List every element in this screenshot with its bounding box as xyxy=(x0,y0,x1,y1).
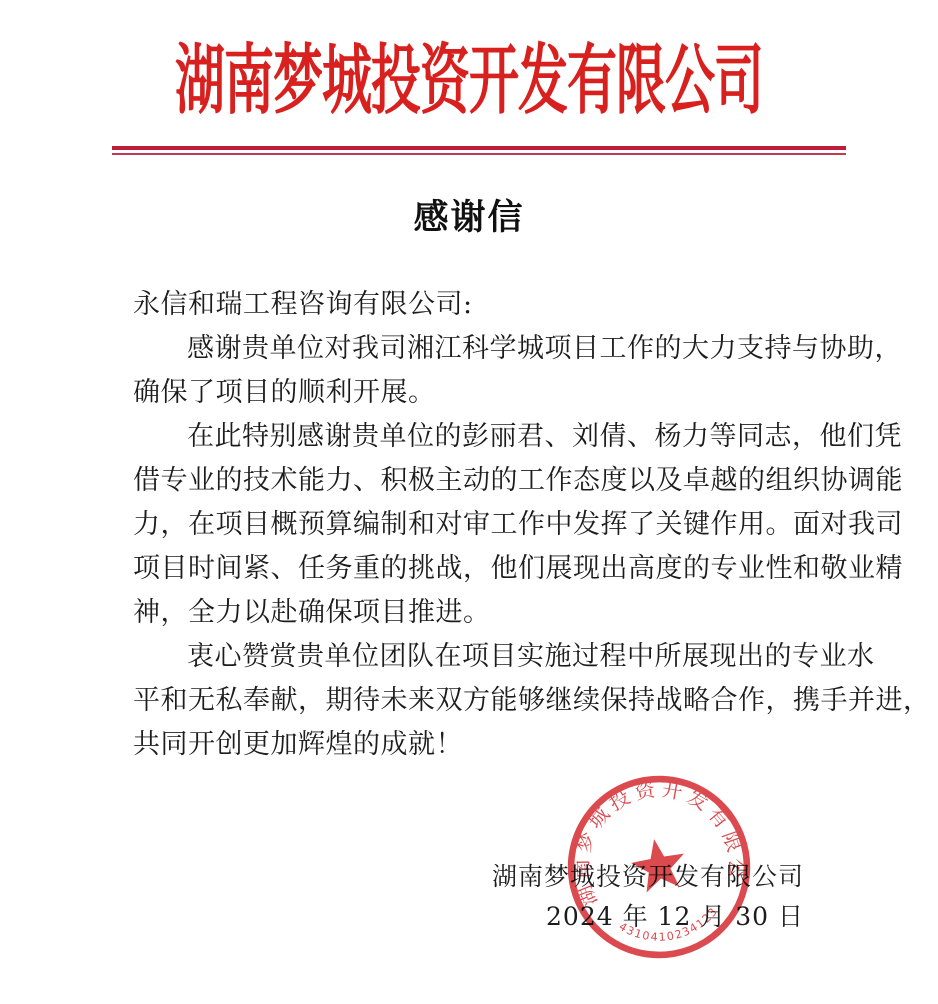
paragraph-1-line-1: 感谢贵单位对我司湘江科学城项目工作的大力支持与协助， xyxy=(133,327,849,371)
letter-body: 永信和瑞工程咨询有限公司: 感谢贵单位对我司湘江科学城项目工作的大力支持与协助，… xyxy=(133,283,849,767)
paragraph-2-line-4: 项目时间紧、任务重的挑战，他们展现出高度的专业性和敬业精 xyxy=(133,547,849,591)
letterhead-company-title: 湖南梦城投资开发有限公司 xyxy=(0,38,938,122)
paragraph-2-line-2: 借专业的技术能力、积极主动的工作态度以及卓越的组织协调能 xyxy=(133,459,849,503)
paragraph-2-line-1: 在此特别感谢贵单位的彭丽君、刘倩、杨力等同志，他们凭 xyxy=(133,415,849,459)
paragraph-2-line-3: 力，在项目概预算编制和对审工作中发挥了关键作用。面对我司 xyxy=(133,503,849,547)
paragraph-3-line-1: 衷心赞赏贵单位团队在项目实施过程中所展现出的专业水 xyxy=(133,635,849,679)
signature-date: 2024 年 12 月 30 日 xyxy=(546,900,804,934)
salutation: 永信和瑞工程咨询有限公司: xyxy=(133,283,849,327)
paragraph-3-line-2: 平和无私奉献，期待未来双方能够继续保持战略合作，携手并进， xyxy=(133,679,849,723)
letter-title: 感谢信 xyxy=(0,190,938,240)
paragraph-2-line-5: 神，全力以赴确保项目推进。 xyxy=(133,591,849,635)
letter-page: 湖南梦城投资开发有限公司 感谢信 永信和瑞工程咨询有限公司: 感谢贵单位对我司湘… xyxy=(0,0,938,1004)
paragraph-1-line-2: 确保了项目的顺利开展。 xyxy=(133,371,849,415)
signature-company-name: 湖南梦城投资开发有限公司 xyxy=(492,860,804,894)
paragraph-3-line-3: 共同开创更加辉煌的成就！ xyxy=(133,723,849,767)
rule-thick-line xyxy=(112,146,846,150)
rule-thin-line xyxy=(112,153,846,155)
letterhead-double-rule xyxy=(112,146,846,155)
